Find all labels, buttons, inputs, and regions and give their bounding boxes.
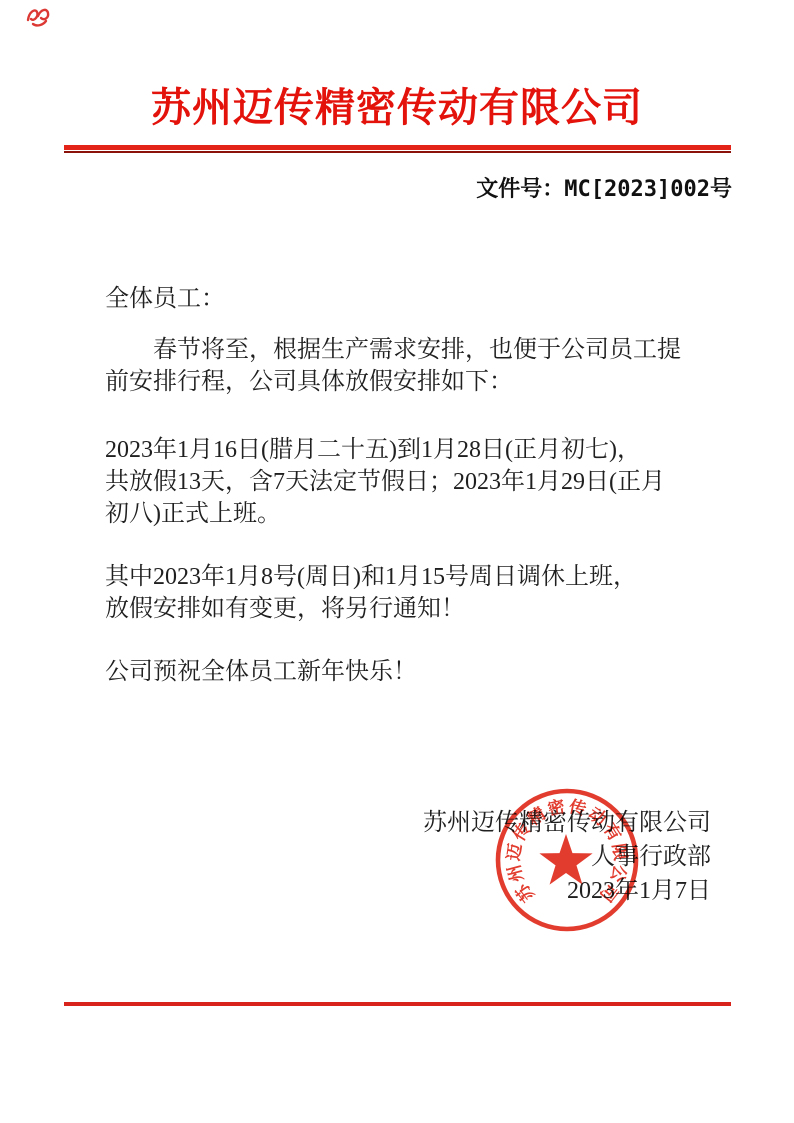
svg-text:迈: 迈 [504,842,525,862]
svg-text:有: 有 [599,819,625,844]
paragraph-intro: 春节将至，根据生产需求安排，也便于公司员工提 前安排行程，公司具体放假安排如下： [105,334,681,398]
paragraph-line: 其中2023年1月8号(周日)和1月15号周日调休上班， [105,561,637,593]
paragraph-line: 前安排行程，公司具体放假安排如下： [105,366,681,398]
divider-thin-line [64,151,731,153]
company-letterhead-title: 苏州迈传精密传动有限公司 [0,76,794,133]
paragraph-makeup-workdays: 其中2023年1月8号(周日)和1月15号周日调休上班， 放假安排如有变更，将另… [105,561,637,625]
svg-text:密: 密 [546,796,567,819]
document-number: 文件号：MC[2023]002号 [476,172,732,203]
company-seal-stamp-icon: 苏州迈传精密传动有限公司 [493,786,641,934]
svg-text:传: 传 [566,796,588,819]
paragraph-line: 放假安排如有变更，将另行通知！ [105,593,637,625]
svg-text:州: 州 [504,863,527,884]
document-page: 苏州迈传精密传动有限公司 文件号：MC[2023]002号 全体员工： 春节将至… [0,0,794,1123]
salutation: 全体员工： [105,278,225,313]
red-ink-scribble-icon [24,4,54,32]
paragraph-line: 2023年1月16日(腊月二十五)到1月28日(正月初七)， [105,434,665,466]
paragraph-holiday-dates: 2023年1月16日(腊月二十五)到1月28日(正月初七)， 共放假13天，含7… [105,434,665,530]
paragraph-greeting: 公司预祝全体员工新年快乐！ [105,656,417,688]
svg-text:限: 限 [609,842,630,862]
svg-text:司: 司 [596,880,621,905]
paragraph-line: 春节将至，根据生产需求安排，也便于公司员工提 [105,334,681,366]
svg-text:公: 公 [607,863,630,884]
paragraph-line: 共放假13天，含7天法定节假日；2023年1月29日(正月 [105,466,665,498]
letterhead-divider [64,145,731,153]
paragraph-line: 初八)正式上班。 [105,498,665,530]
divider-thick-line [64,145,731,150]
svg-text:精: 精 [524,804,549,829]
footer-rule [64,1002,731,1006]
paragraph-line: 公司预祝全体员工新年快乐！ [105,656,417,688]
